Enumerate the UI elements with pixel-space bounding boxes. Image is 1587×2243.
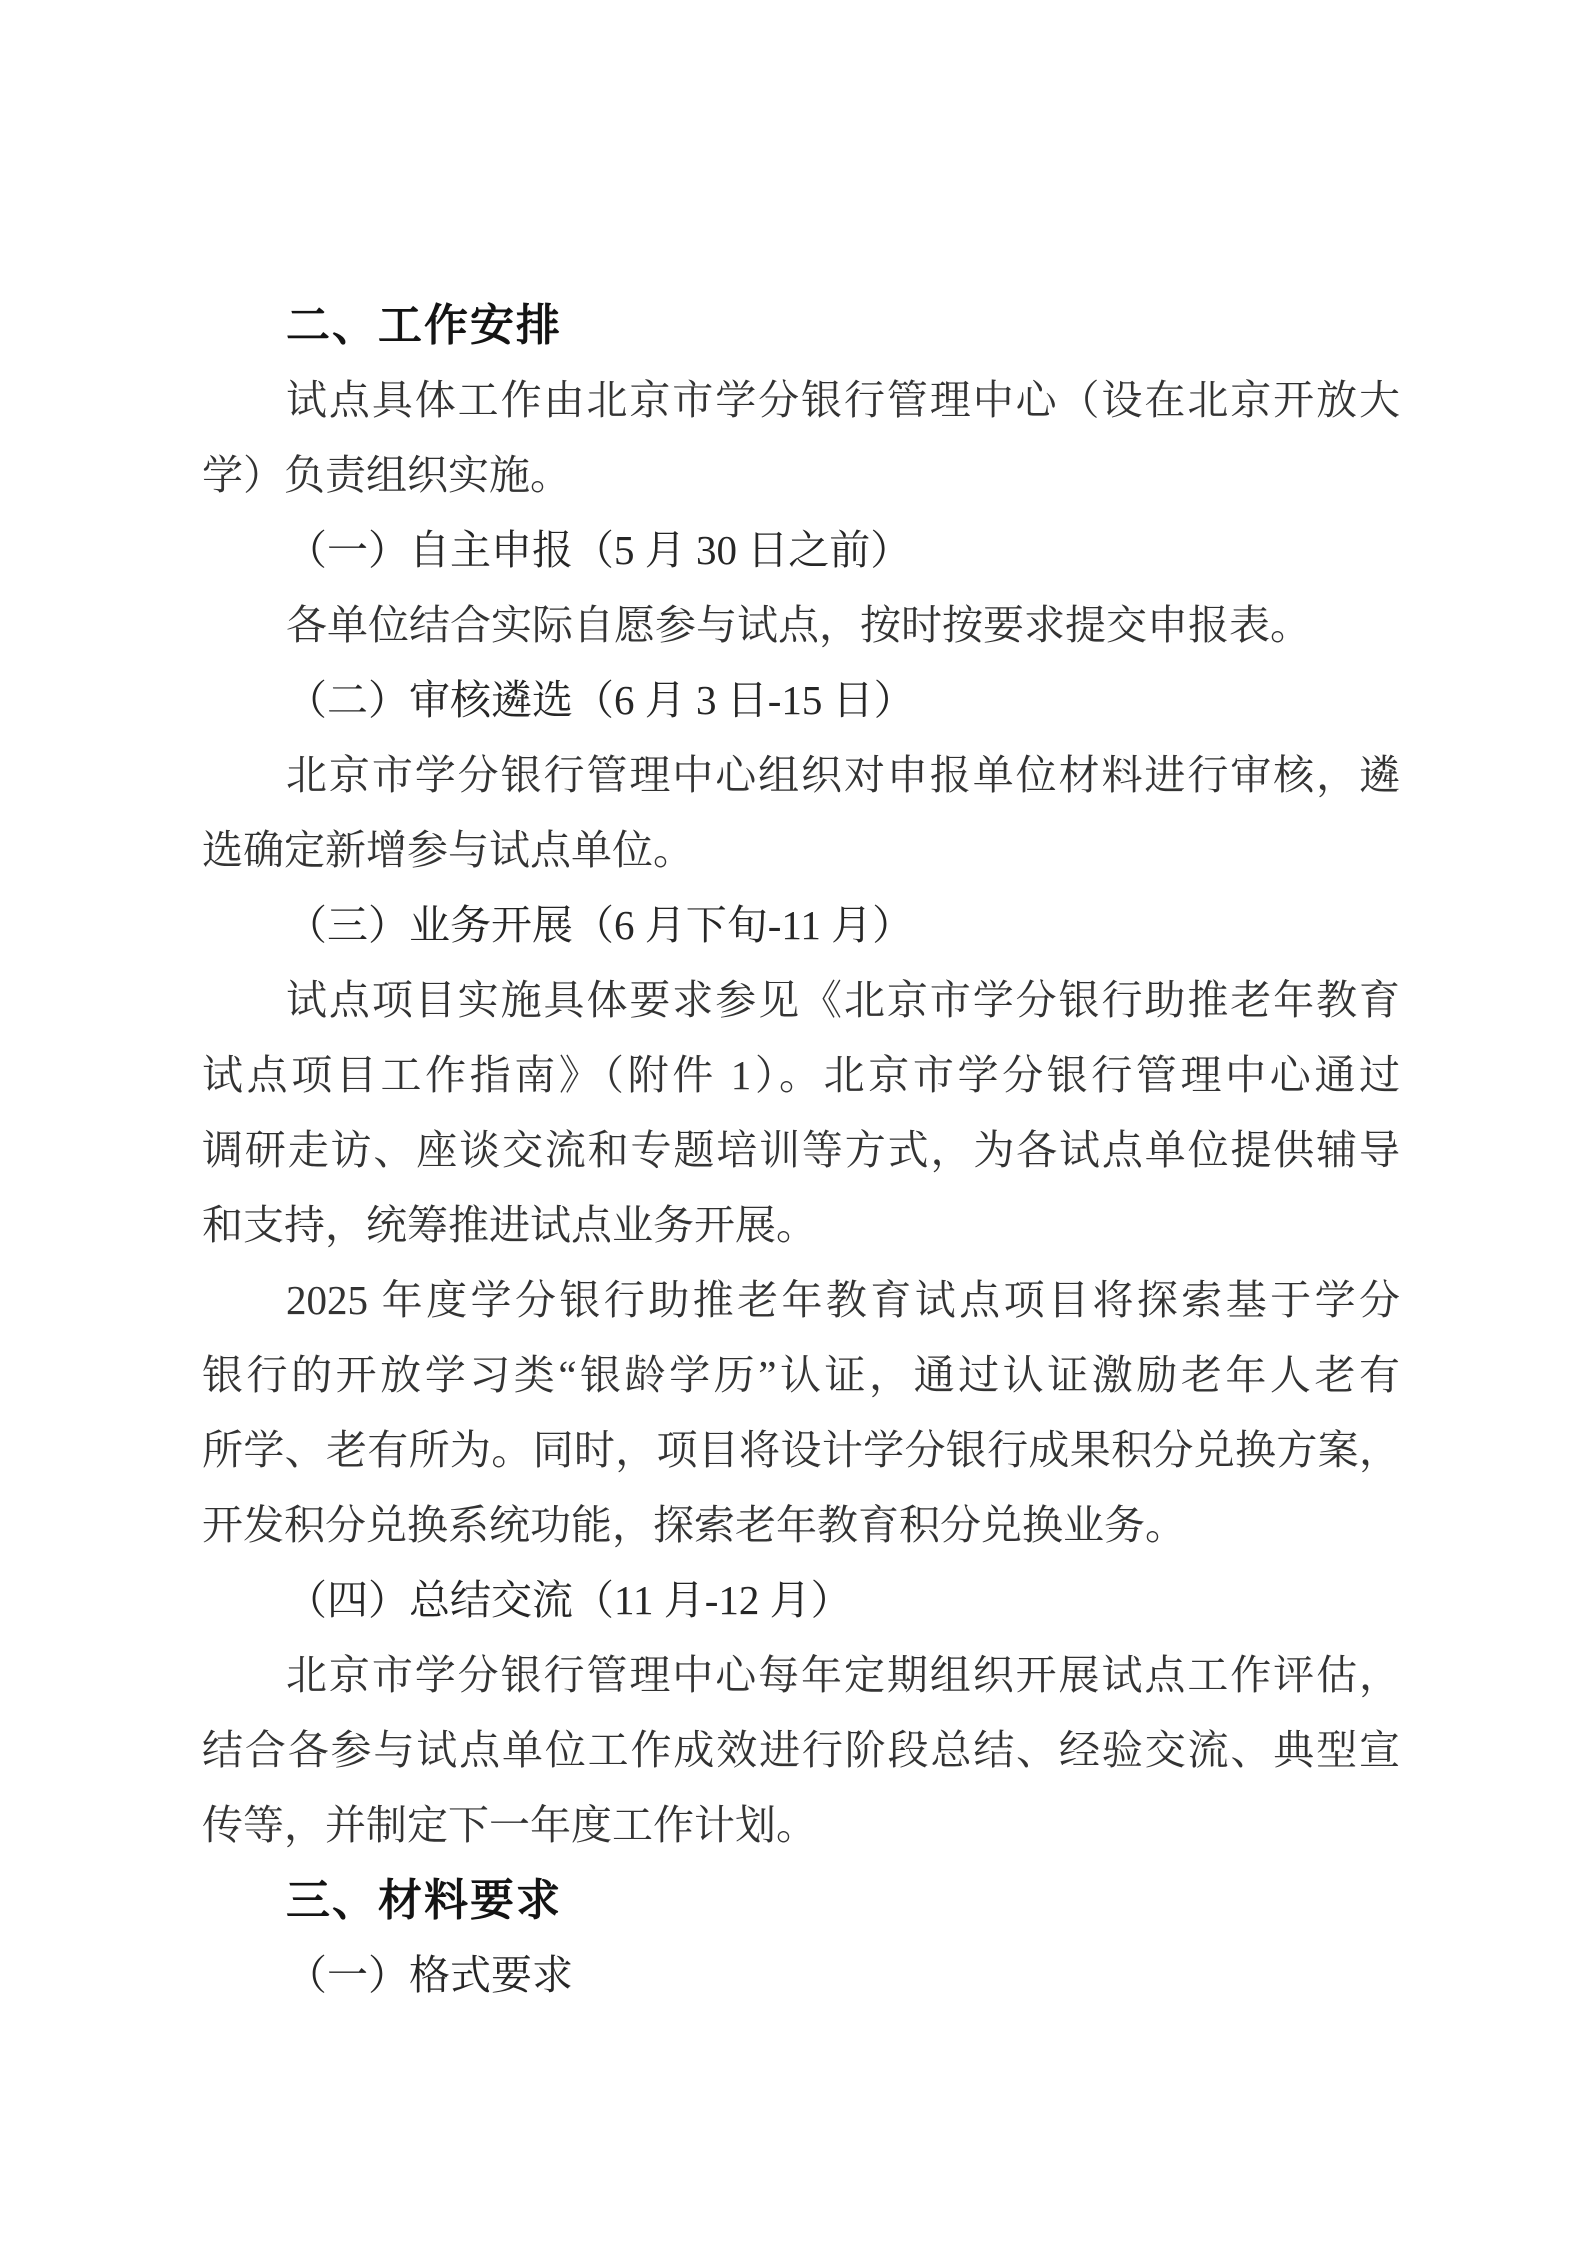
paragraph-line: 试点具体工作由北京市学分银行管理中心（设在北京开放大	[202, 363, 1400, 438]
paragraph-line: 各单位结合实际自愿参与试点，按时按要求提交申报表。	[202, 588, 1400, 663]
paragraph-line: 2025 年度学分银行助推老年教育试点项目将探索基于学分	[202, 1263, 1400, 1338]
heading-work-arrangement: 二、工作安排	[202, 288, 1400, 363]
paragraph-line: 学）负责组织实施。	[202, 438, 1400, 513]
subheading-self-declaration: （一）自主申报（5 月 30 日之前）	[202, 513, 1400, 588]
paragraph-line: 北京市学分银行管理中心组织对申报单位材料进行审核，遴	[202, 738, 1400, 813]
subheading-business-development: （三）业务开展（6 月下旬-11 月）	[202, 888, 1400, 963]
paragraph-line: 选确定新增参与试点单位。	[202, 813, 1400, 888]
paragraph-line: 开发积分兑换系统功能，探索老年教育积分兑换业务。	[202, 1488, 1400, 1563]
paragraph-line: 银行的开放学习类“银龄学历”认证，通过认证激励老年人老有	[202, 1338, 1400, 1413]
paragraph-line: 试点项目工作指南》（附件 1）。北京市学分银行管理中心通过	[202, 1038, 1400, 1113]
paragraph-line: 北京市学分银行管理中心每年定期组织开展试点工作评估，	[202, 1638, 1400, 1713]
heading-material-requirements: 三、材料要求	[202, 1863, 1400, 1938]
paragraph-line: 调研走访、座谈交流和专题培训等方式，为各试点单位提供辅导	[202, 1113, 1400, 1188]
subheading-summary-exchange: （四）总结交流（11 月-12 月）	[202, 1563, 1400, 1638]
paragraph-line: 和支持，统筹推进试点业务开展。	[202, 1188, 1400, 1263]
subheading-review-selection: （二）审核遴选（6 月 3 日-15 日）	[202, 663, 1400, 738]
paragraph-line: 传等，并制定下一年度工作计划。	[202, 1788, 1400, 1863]
subheading-format-requirements: （一）格式要求	[202, 1938, 1400, 2013]
document-page: 二、工作安排 试点具体工作由北京市学分银行管理中心（设在北京开放大 学）负责组织…	[0, 0, 1587, 2243]
paragraph-line: 结合各参与试点单位工作成效进行阶段总结、经验交流、典型宣	[202, 1713, 1400, 1788]
paragraph-line: 所学、老有所为。同时，项目将设计学分银行成果积分兑换方案，	[202, 1413, 1400, 1488]
paragraph-line: 试点项目实施具体要求参见《北京市学分银行助推老年教育	[202, 963, 1400, 1038]
